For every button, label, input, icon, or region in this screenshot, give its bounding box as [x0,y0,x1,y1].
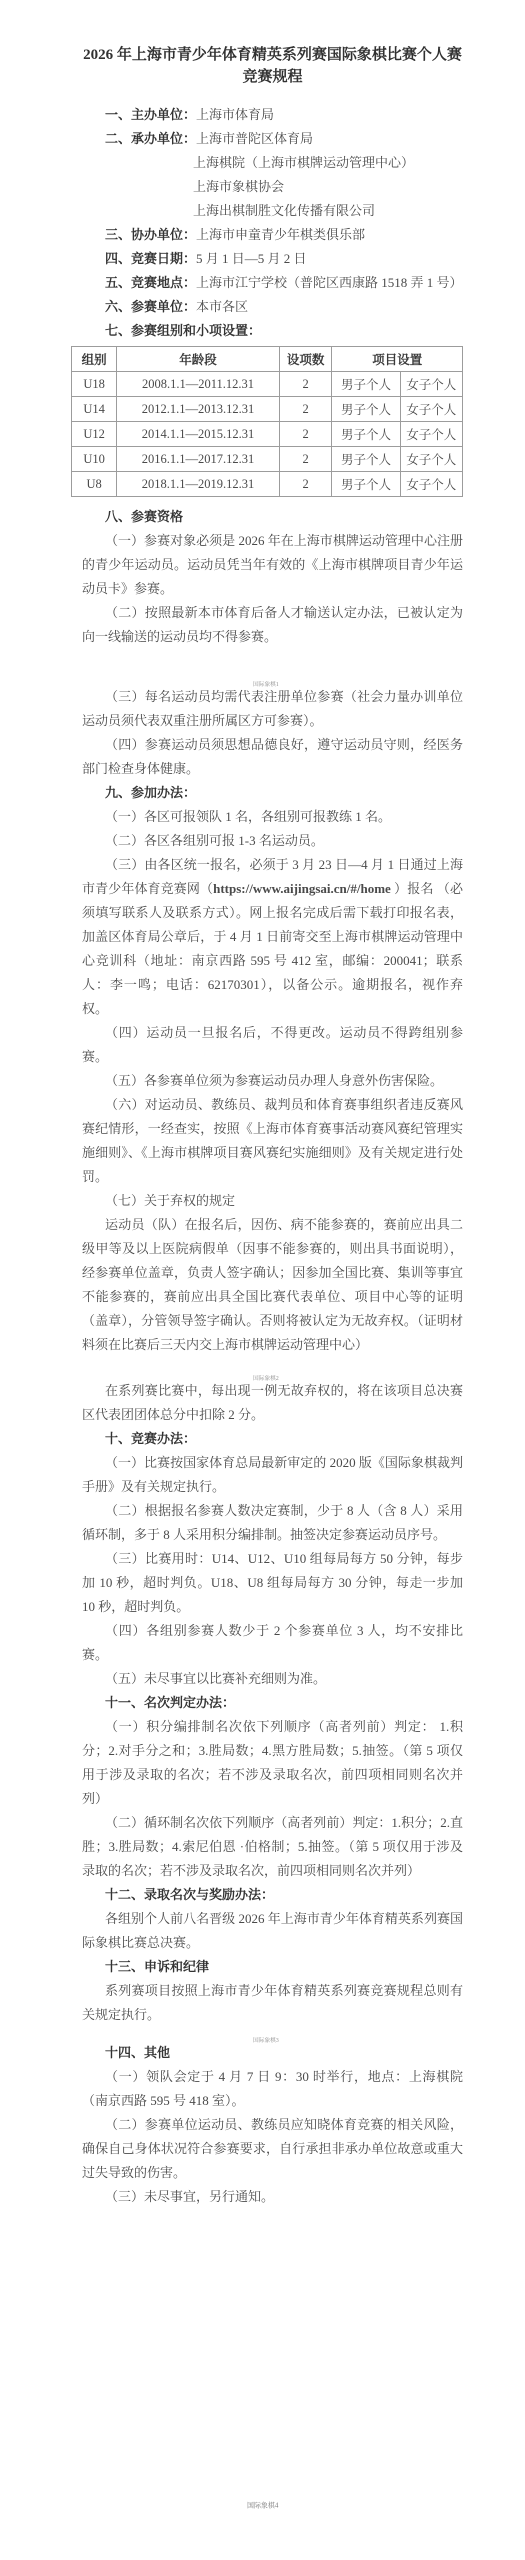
inline-text: （一）各区可报领队 1 名，各组别可报教练 1 名。 [105,809,391,824]
table-cell: 男子个人 [332,447,400,472]
info-sub-line: 上海市象棋协会 [82,175,463,199]
info-sub-line: 上海棋院（上海市棋牌运动管理中心） [82,151,463,175]
paragraph: （七）关于弃权的规定 [82,1189,463,1213]
table-header-cell: 组别 [72,347,117,372]
paragraph: （四）各组别参赛人数少于 2 个参赛单位 3 人，均不安排比赛。 [82,1619,463,1667]
table-row: U142012.1.1—2013.12.312男子个人女子个人 [72,397,463,422]
inline-text: （一）积分编排制名次依下列顺序（高者列前）判定： 1.积分；2.对手分之和；3.… [82,1719,463,1806]
organizer-info-list: 一、主办单位：上海市体育局二、承办单位：上海市普陀区体育局上海棋院（上海市棋牌运… [82,103,463,343]
inline-text: （四）各组别参赛人数少于 2 个参赛单位 3 人，均不安排比赛。 [82,1623,463,1662]
table-cell: 男子个人 [332,397,400,422]
table-header-cell: 设项数 [279,347,332,372]
info-label: 二、承办单位： [105,131,196,146]
table-cell: U18 [72,372,117,397]
paragraph: （二）按照最新本市体育后备人才输送认定办法，已被认定为向一线输送的运动员均不得参… [82,601,463,649]
section-heading: 十四、其他国际象棋3 [82,2041,463,2065]
section-heading: 十一、名次判定办法： [82,1691,463,1715]
inline-text: （二）根据报名参赛人数决定赛制，少于 8 人（含 8 人）采用循环制，多于 8 … [82,1503,463,1542]
table-cell: 2 [279,422,332,447]
table-header-cell: 年龄段 [117,347,280,372]
info-line: 七、参赛组别和小项设置： [82,319,463,343]
table-cell: 2016.1.1—2017.12.31 [117,447,280,472]
title-line-2: 竞赛规程 [82,66,463,88]
info-value: 上海市申童青少年棋类俱乐部 [196,227,365,242]
inline-text: 各组别个人前八名晋级 2026 年上海市青少年体育精英系列赛国际象棋比赛总决赛。 [82,1911,463,1950]
inline-text: （一）领队会定于 4 月 7 日 9：30 时举行，地点：上海棋院（南京西路 5… [82,2069,463,2108]
table-row: U102016.1.1—2017.12.312男子个人女子个人 [72,447,463,472]
info-line: 五、竞赛地点：上海市江宁学校（普陀区西康路 1518 弄 1 号） [82,271,463,295]
info-value: 上海市普陀区体育局 [196,131,313,146]
inline-text: （七）关于弃权的规定 [105,1193,235,1208]
comment-marker: 国际象棋3 [253,2034,279,2046]
info-label: 三、协办单位： [105,227,196,242]
paragraph: （一）参赛对象必须是 2026 年在上海市棋牌运动管理中心注册的青少年运动员。运… [82,529,463,601]
table-row: U122014.1.1—2015.12.312男子个人女子个人 [72,422,463,447]
inline-text: 运动员（队）在报名后，因伤、病不能参赛的，赛前应出具二级甲等及以上医院病假单（因… [82,1217,463,1352]
inline-text: （一）比赛按国家体育总局最新审定的 2020 版《国际象棋裁判手册》及有关规定执… [82,1455,463,1494]
inline-bold-text: https://www.aijingsai.cn/#/home [213,881,391,896]
table-cell: 2 [279,447,332,472]
paragraph: （三）比赛用时：U14、U12、U10 组每局每方 50 分钟，每步加 10 秒… [82,1547,463,1619]
info-line: 六、参赛单位：本市各区 [82,295,463,319]
info-line: 三、协办单位：上海市申童青少年棋类俱乐部 [82,223,463,247]
inline-text: （五）各参赛单位须为参赛运动员办理人身意外伤害保险。 [105,1073,443,1088]
table-cell: 2014.1.1—2015.12.31 [117,422,280,447]
table-cell: 2 [279,372,332,397]
table-cell: 2 [279,472,332,497]
table-header-cell: 项目设置 [332,347,463,372]
groups-table-wrapper: 组别年龄段设项数项目设置U182008.1.1—2011.12.312男子个人女… [71,346,463,497]
table-cell: 男子个人 [332,422,400,447]
table-cell: 女子个人 [400,472,462,497]
inline-text: 十二、录取名次与奖励办法： [105,1887,274,1902]
paragraph: （五）未尽事宜以比赛补充细则为准。 [82,1667,463,1691]
paragraph: （三）未尽事宜，另行通知。 [82,2185,463,2209]
paragraph: （二）各区各组别可报 1-3 名运动员。 [82,829,463,853]
footer-comment-marker: 国际象棋4 [247,2500,278,2510]
inline-text: （二）参赛单位运动员、教练员应知晓体育竞赛的相关风险，确保自己身体状况符合参赛要… [82,2117,463,2180]
paragraph: 运动员（队）在报名后，因伤、病不能参赛的，赛前应出具二级甲等及以上医院病假单（因… [82,1213,463,1357]
inline-text: （三）未尽事宜，另行通知。 [105,2189,274,2204]
section-heading: 八、参赛资格 [82,505,463,529]
inline-text: 十三、申诉和纪律 [105,1959,209,1974]
comment-marker: 国际象棋1 [253,678,279,690]
info-label: 一、主办单位： [105,107,196,122]
info-value: 上海市体育局 [196,107,274,122]
paragraph: （一）各区可报领队 1 名，各组别可报教练 1 名。 [82,805,463,829]
table-cell: 女子个人 [400,397,462,422]
document-title: 2026 年上海市青少年体育精英系列赛国际象棋比赛个人赛 竞赛规程 [82,44,463,88]
table-cell: 女子个人 [400,447,462,472]
info-label: 五、竞赛地点： [105,275,196,290]
table-header-row: 组别年龄段设项数项目设置 [72,347,463,372]
paragraph: （四）参赛运动员须思想品德良好，遵守运动员守则，经医务部门检查身体健康。 [82,733,463,781]
info-label: 四、竞赛日期： [105,251,196,266]
paragraph: （二）循环制名次依下列顺序（高者列前）判定：1.积分；2.直胜；3.胜局数；4.… [82,1811,463,1883]
info-line: 二、承办单位：上海市普陀区体育局 [82,127,463,151]
inline-text: 九、参加办法： [105,785,196,800]
paragraph: 在系列赛比赛中，每出现一例无故弃权的，将在该项目总决赛区代表团团体总分中扣除 2… [82,1379,463,1427]
inline-text: 系列赛项目按照上海市青少年体育精英系列赛竞赛规程总则有关规定执行。 [82,1983,463,2022]
inline-text: 在系列赛比赛中，每出现一例无故弃权的，将在该项目总决赛区代表团团体总分中扣除 2… [82,1383,463,1422]
paragraph: （三）每名运动员均需代表注册单位参赛（社会力量办训单位运动员须代表双重注册所属区… [82,685,463,733]
inline-text: （二）循环制名次依下列顺序（高者列前）判定：1.积分；2.直胜；3.胜局数；4.… [82,1815,463,1878]
inline-text: 十一、名次判定办法： [105,1695,235,1710]
paragraph: （六）对运动员、教练员、裁判员和体育赛事组织者违反赛风赛纪情形，一经查实，按照《… [82,1093,463,1189]
table-cell: 男子个人 [332,472,400,497]
title-line-1: 2026 年上海市青少年体育精英系列赛国际象棋比赛个人赛 [82,44,463,66]
paragraph: （一）比赛按国家体育总局最新审定的 2020 版《国际象棋裁判手册》及有关规定执… [82,1451,463,1499]
info-sub-line: 上海出棋制胜文化传播有限公司 [82,199,463,223]
inline-text: ）报名 （必须填写联系人及联系方式）。网上报名完成后需下载打印报名表，加盖区体育… [82,881,463,1016]
table-row: U182008.1.1—2011.12.312男子个人女子个人 [72,372,463,397]
table-cell: U8 [72,472,117,497]
inline-text: （三）比赛用时：U14、U12、U10 组每局每方 50 分钟，每步加 10 秒… [82,1551,463,1614]
paragraph: （五）各参赛单位须为参赛运动员办理人身意外伤害保险。 [82,1069,463,1093]
inline-text: （二）按照最新本市体育后备人才输送认定办法，已被认定为向一线输送的运动员均不得参… [82,605,463,644]
info-value: 本市各区 [196,299,248,314]
paragraph: （一）积分编排制名次依下列顺序（高者列前）判定： 1.积分；2.对手分之和；3.… [82,1715,463,1811]
section-heading: 九、参加办法： [82,781,463,805]
info-label: 七、参赛组别和小项设置： [105,323,261,338]
paragraph: 系列赛项目按照上海市青少年体育精英系列赛竞赛规程总则有关规定执行。 [82,1979,463,2027]
document-page: 2026 年上海市青少年体育精英系列赛国际象棋比赛个人赛 竞赛规程 一、主办单位… [0,0,525,2560]
table-cell: U12 [72,422,117,447]
info-line: 一、主办单位：上海市体育局 [82,103,463,127]
table-cell: 2018.1.1—2019.12.31 [117,472,280,497]
body-sections: 八、参赛资格（一）参赛对象必须是 2026 年在上海市棋牌运动管理中心注册的青少… [82,505,463,2209]
groups-table: 组别年龄段设项数项目设置U182008.1.1—2011.12.312男子个人女… [71,346,463,497]
paragraph: （一）领队会定于 4 月 7 日 9：30 时举行，地点：上海棋院（南京西路 5… [82,2065,463,2113]
inline-text: （三）每名运动员均需代表注册单位参赛（社会力量办训单位运动员须代表双重注册所属区… [82,689,463,728]
paragraph: （三）由各区统一报名，必须于 3 月 23 日—4 月 1 日通过上海市青少年体… [82,853,463,1021]
paragraph: （四）运动员一旦报名后，不得更改。运动员不得跨组别参赛。 [82,1021,463,1069]
info-value: 5 月 1 日—5 月 2 日 [196,251,307,266]
inline-text: （六）对运动员、教练员、裁判员和体育赛事组织者违反赛风赛纪情形，一经查实，按照《… [82,1097,463,1184]
inline-text: （二）各区各组别可报 1-3 名运动员。 [105,833,324,848]
section-heading: 十三、申诉和纪律 [82,1955,463,1979]
section-heading: 十二、录取名次与奖励办法： [82,1883,463,1907]
inline-text: （一）参赛对象必须是 2026 年在上海市棋牌运动管理中心注册的青少年运动员。运… [82,533,463,596]
section-heading: 十、竞赛办法： [82,1427,463,1451]
document-content: 2026 年上海市青少年体育精英系列赛国际象棋比赛个人赛 竞赛规程 一、主办单位… [82,0,463,2209]
table-cell: U14 [72,397,117,422]
inline-text: （四）运动员一旦报名后，不得更改。运动员不得跨组别参赛。 [82,1025,463,1064]
inline-text: （五）未尽事宜以比赛补充细则为准。 [105,1671,326,1686]
paragraph: （二）参赛单位运动员、教练员应知晓体育竞赛的相关风险，确保自己身体状况符合参赛要… [82,2113,463,2185]
paragraph: 各组别个人前八名晋级 2026 年上海市青少年体育精英系列赛国际象棋比赛总决赛。 [82,1907,463,1955]
info-label: 六、参赛单位： [105,299,196,314]
table-cell: 2008.1.1—2011.12.31 [117,372,280,397]
comment-marker: 国际象棋2 [253,1372,279,1384]
inline-text: 八、参赛资格 [105,509,183,524]
table-cell: 女子个人 [400,372,462,397]
table-cell: 女子个人 [400,422,462,447]
info-value: 上海市江宁学校（普陀区西康路 1518 弄 1 号） [196,275,463,290]
info-line: 四、竞赛日期：5 月 1 日—5 月 2 日 [82,247,463,271]
table-cell: U10 [72,447,117,472]
table-cell: 男子个人 [332,372,400,397]
table-row: U82018.1.1—2019.12.312男子个人女子个人 [72,472,463,497]
inline-text: （四）参赛运动员须思想品德良好，遵守运动员守则，经医务部门检查身体健康。 [82,737,463,776]
inline-text: 十、竞赛办法： [105,1431,196,1446]
inline-text: 十四、其他 [105,2045,170,2060]
table-cell: 2 [279,397,332,422]
table-cell: 2012.1.1—2013.12.31 [117,397,280,422]
paragraph: （二）根据报名参赛人数决定赛制，少于 8 人（含 8 人）采用循环制，多于 8 … [82,1499,463,1547]
